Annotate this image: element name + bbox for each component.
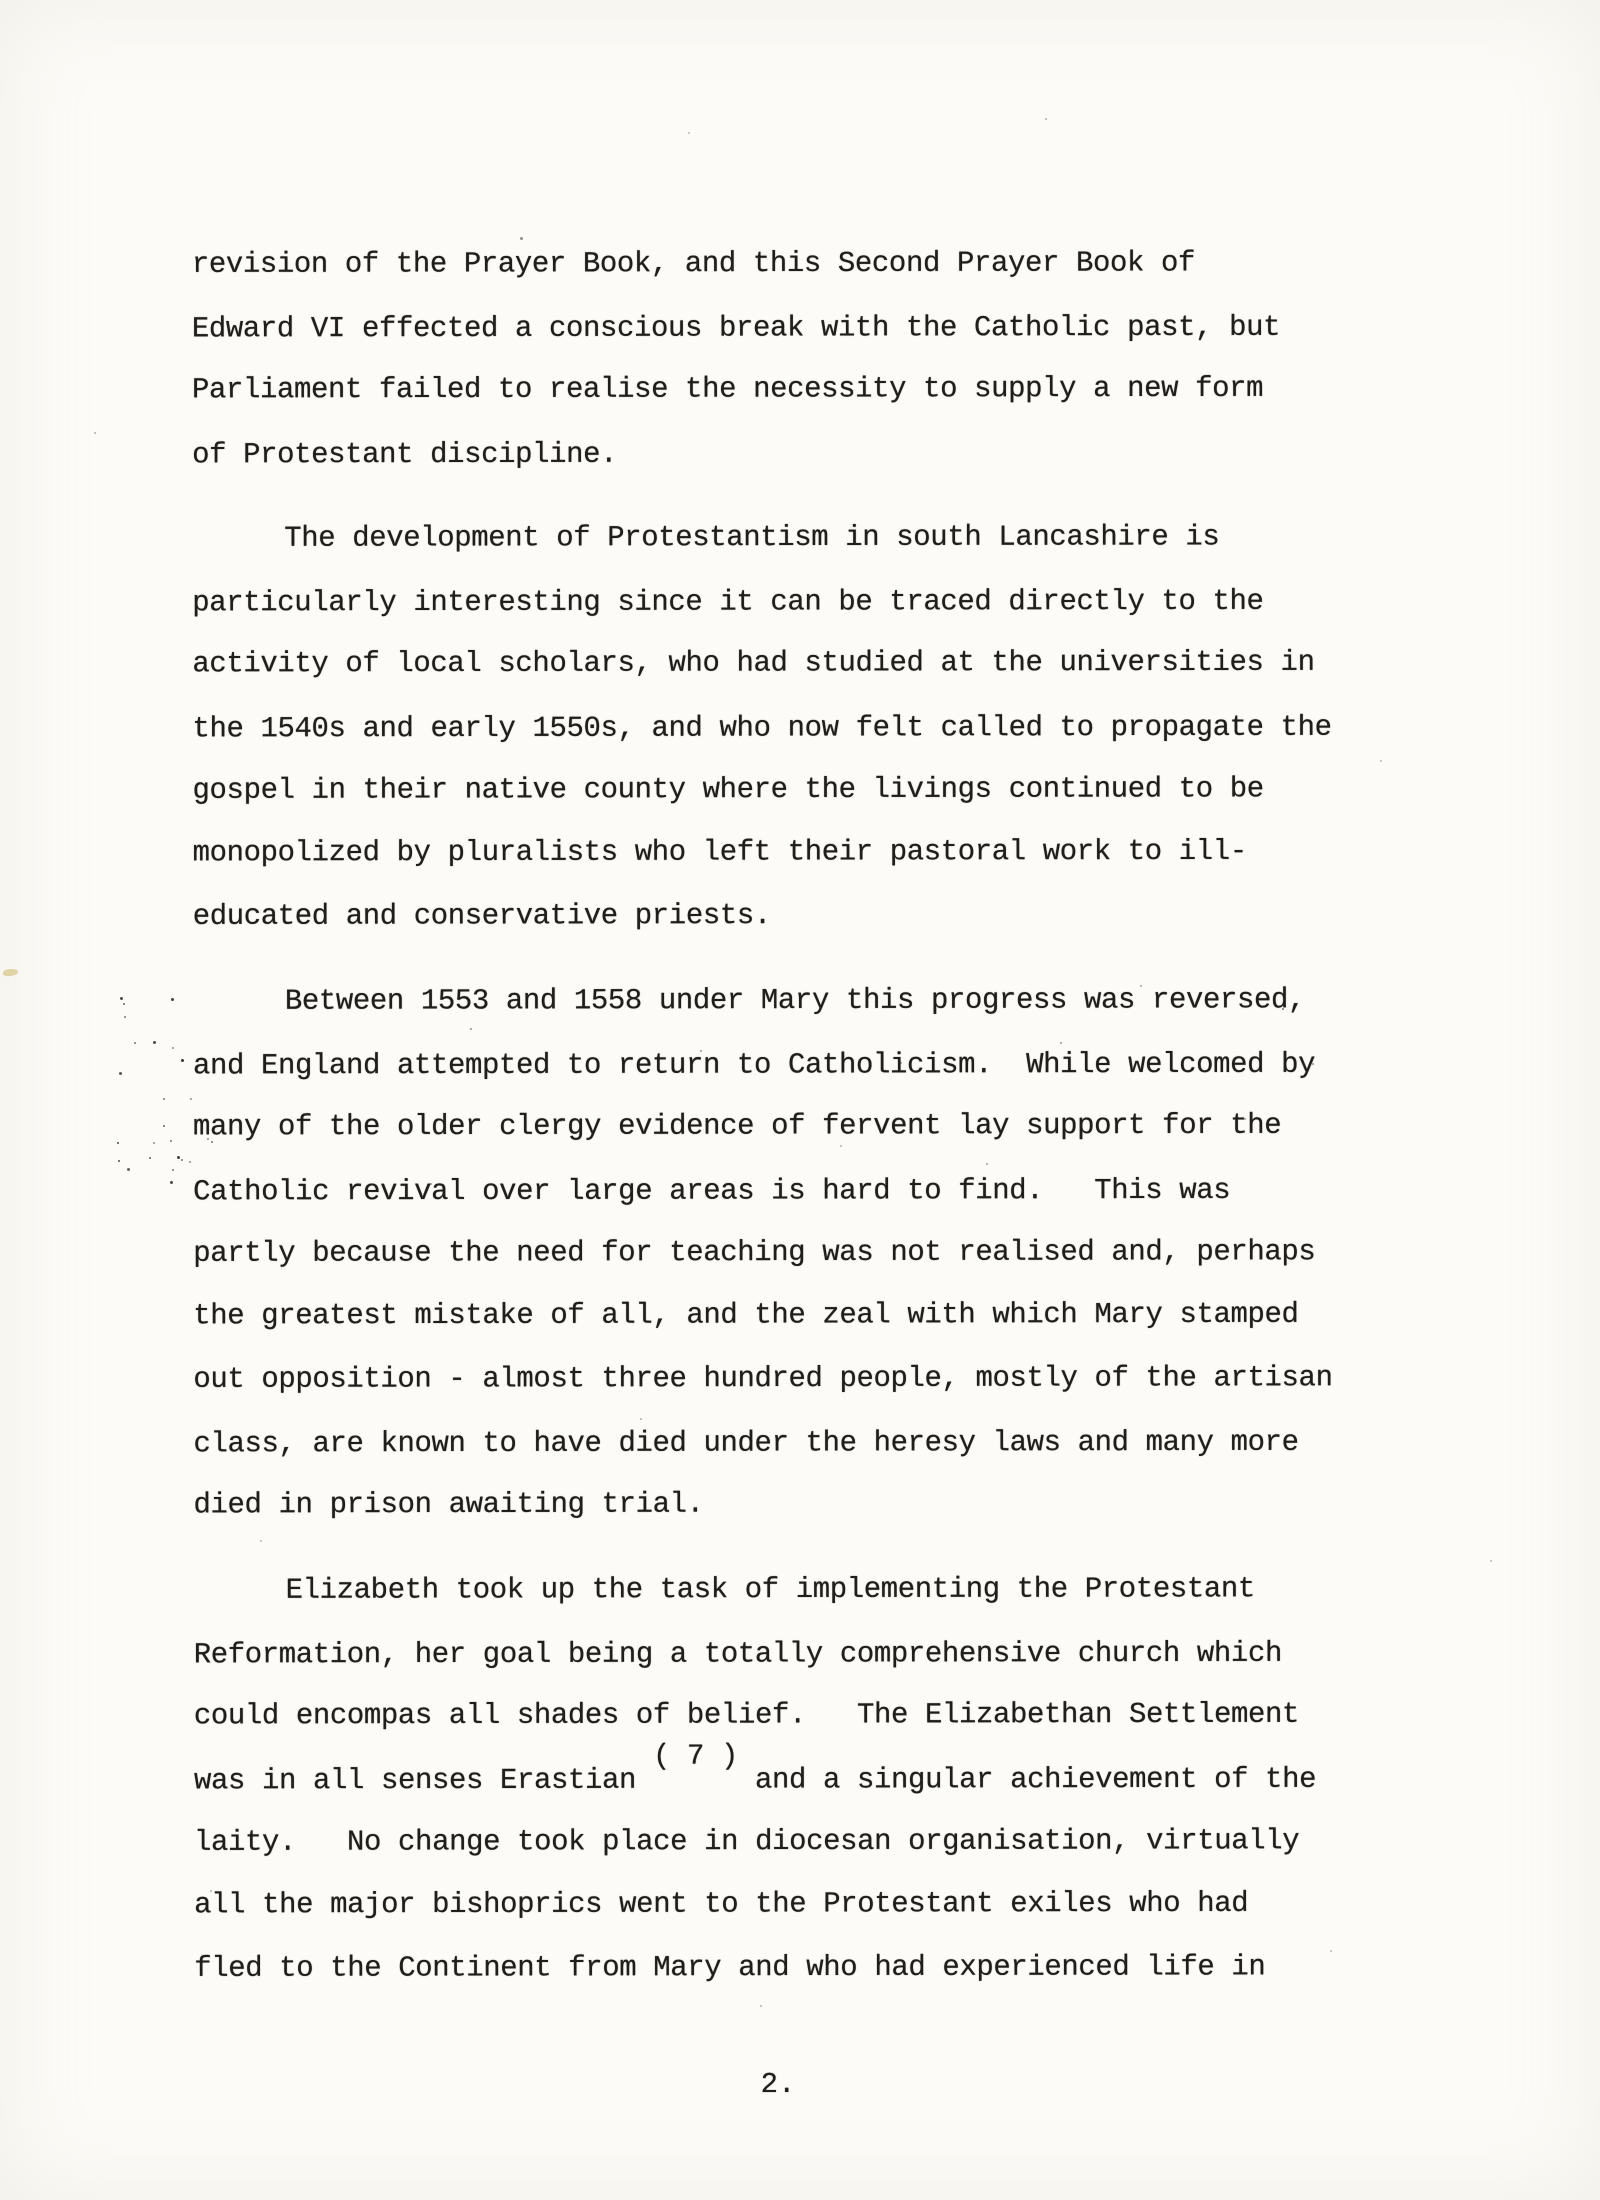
document-page: revision of the Prayer Book, and this Se… (0, 0, 1600, 2200)
paper-smudge (3, 968, 19, 977)
scan-speck (560, 1120, 562, 1122)
text-line: could encompas all shades of belief. The… (194, 1683, 1434, 1748)
text-segment: was in all senses Erastian (194, 1764, 653, 1798)
text-line: of Protestant discipline. (192, 422, 1432, 487)
scan-speck (124, 1016, 126, 1018)
text-line: activity of local scholars, who had stud… (192, 631, 1432, 696)
scan-speck (211, 1141, 213, 1143)
text-line: all the major bishoprics went to the Pro… (194, 1872, 1434, 1937)
paragraph-mary: Between 1553 and 1558 under Mary this pr… (193, 968, 1434, 1537)
scan-speck (119, 1072, 122, 1075)
scan-speck (1282, 1008, 1284, 1010)
text-line: Parliament failed to realise the necessi… (192, 357, 1432, 422)
scan-speck (1330, 1950, 1332, 1952)
scan-speck (117, 1142, 119, 1144)
scan-speck (700, 1050, 702, 1052)
scan-speck (172, 1047, 174, 1049)
text-line: class, are known to have died under the … (193, 1411, 1433, 1476)
scan-speck (153, 1041, 156, 1044)
text-line: Reformation, her goal being a totally co… (194, 1622, 1434, 1687)
scan-speck (430, 1183, 432, 1185)
scan-speck (149, 1157, 151, 1159)
text-line-with-footnote: was in all senses Erastian ( 7 ) and a s… (194, 1748, 1434, 1813)
scan-speck (118, 1160, 120, 1162)
scan-speck (163, 1125, 165, 1127)
scan-speck (540, 1780, 542, 1782)
scan-speck (688, 132, 690, 134)
text-line: partly because the need for teaching was… (193, 1220, 1433, 1285)
text-line: fled to the Continent from Mary and who … (194, 1935, 1434, 2000)
scan-speck (171, 998, 174, 1001)
scan-speck (120, 997, 123, 1000)
scan-speck (123, 1003, 125, 1005)
footnote-marker: ( 7 ) (653, 1740, 738, 1773)
text-line: Catholic revival over large areas is har… (193, 1159, 1433, 1224)
scan-speck (1060, 1042, 1062, 1044)
text-line: The development of Protestantism in sout… (192, 505, 1432, 570)
scan-speck (181, 1159, 183, 1161)
paragraph-development: The development of Protestantism in sout… (192, 505, 1433, 948)
text-line: out opposition - almost three hundred pe… (193, 1346, 1433, 1411)
text-line: Edward VI effected a conscious break wit… (192, 296, 1432, 361)
text-line: Elizabeth took up the task of implementi… (194, 1557, 1434, 1622)
scan-speck (1045, 118, 1047, 120)
text-line: educated and conservative priests. (193, 883, 1433, 948)
scan-speck (1380, 760, 1382, 762)
scan-speck (172, 1169, 174, 1171)
scan-speck (900, 1062, 902, 1064)
scan-speck (163, 1098, 165, 1100)
text-line: monopolized by pluralists who left their… (193, 820, 1433, 885)
text-line: particularly interesting since it can be… (192, 570, 1432, 635)
scan-speck (760, 2005, 762, 2007)
text-line: died in prison awaiting trial. (193, 1472, 1433, 1537)
scan-speck (260, 1540, 262, 1542)
scan-speck (181, 1059, 184, 1062)
scan-speck (127, 1168, 130, 1171)
scan-speck (1312, 1063, 1314, 1065)
scan-speck (134, 1042, 136, 1044)
text-line: gospel in their native county where the … (193, 757, 1433, 822)
paragraph-elizabeth: Elizabeth took up the task of implementi… (194, 1557, 1435, 2000)
text-line: revision of the Prayer Book, and this Se… (192, 231, 1432, 296)
scan-speck (210, 1890, 212, 1892)
scan-speck (330, 992, 332, 994)
scan-speck (840, 1145, 842, 1147)
text-line: many of the older clergy evidence of fer… (193, 1094, 1433, 1159)
text-line: the greatest mistake of all, and the zea… (193, 1283, 1433, 1348)
scanned-page: { "page": { "number_label": "2.", "paper… (0, 0, 1600, 2200)
scan-speck (153, 1142, 155, 1144)
document-text: revision of the Prayer Book, and this Se… (192, 231, 1434, 2000)
scan-speck (94, 432, 96, 434)
paragraph-continuation: revision of the Prayer Book, and this Se… (192, 231, 1432, 485)
scan-speck (189, 1161, 191, 1163)
text-segment: and a singular achievement of the (738, 1763, 1316, 1797)
scan-speck (170, 1181, 173, 1184)
text-line: laity. No change took place in diocesan … (194, 1809, 1434, 1874)
scan-speck (640, 1418, 642, 1420)
scan-speck (986, 1163, 988, 1165)
scan-speck (1244, 1118, 1246, 1120)
text-line: the 1540s and early 1550s, and who now f… (192, 696, 1432, 761)
scan-speck (470, 1028, 472, 1030)
scan-speck (1490, 1560, 1492, 1562)
scan-speck (177, 1156, 180, 1159)
scan-speck (520, 237, 523, 240)
text-line: Between 1553 and 1558 under Mary this pr… (193, 968, 1433, 1033)
page-number: 2. (193, 2053, 1363, 2116)
scan-speck (190, 1098, 192, 1100)
scan-speck (170, 1140, 172, 1142)
scan-speck (207, 1138, 209, 1140)
scan-speck (1140, 985, 1142, 987)
text-line: and England attempted to return to Catho… (193, 1033, 1433, 1098)
